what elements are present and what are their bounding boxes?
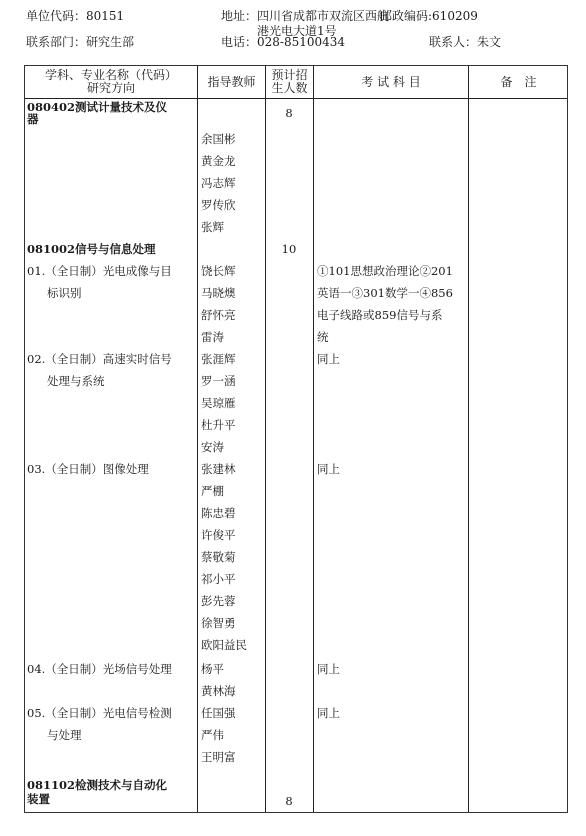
enrollment-table: 学科、专业名称（代码） 研究方向 指导教师 预计招 生人数 考 试 科 目 备 … [24, 65, 568, 813]
major-cell: 04.（全日制）光场信号处理 [27, 662, 172, 676]
quota-cell: 10 [265, 242, 313, 256]
major-cell: 081102检测技术与自动化 [27, 778, 167, 792]
column-header-exam: 考 试 科 目 [314, 66, 468, 98]
advisor-cell: 蔡敬菊 [201, 550, 236, 564]
advisor-cell: 王明富 [201, 750, 236, 764]
advisor-cell: 陈忠碧 [201, 506, 236, 520]
col-divider [313, 66, 314, 812]
quota-cell: 8 [265, 106, 313, 120]
postcode: 邮政编码:610209 [380, 9, 478, 23]
column-header-major: 学科、专业名称（代码） 研究方向 [25, 66, 197, 98]
advisor-cell: 祁小平 [201, 572, 236, 586]
advisor-cell: 马晓燠 [201, 286, 236, 300]
advisor-cell: 杨平 [201, 662, 224, 676]
exam-subjects-cell: 同上 [317, 706, 340, 720]
exam-subjects-cell: 同上 [317, 662, 340, 676]
advisor-cell: 张涯辉 [201, 352, 236, 366]
advisor-cell: 吴琼雁 [201, 396, 236, 410]
advisor-cell: 舒怀亮 [201, 308, 236, 322]
advisor-cell: 许俊平 [201, 528, 236, 542]
major-cell: 与处理 [47, 728, 82, 742]
advisor-cell: 黄金龙 [201, 154, 236, 168]
major-cell: 处理与系统 [47, 374, 105, 388]
major-cell: 02.（全日制）高速实时信号 [27, 352, 172, 366]
exam-subjects-cell: 英语一③301数学一④856 [317, 286, 453, 300]
major-cell: 标识别 [47, 286, 82, 300]
col-divider [197, 66, 198, 812]
exam-subjects-cell: 同上 [317, 352, 340, 366]
major-cell: 器 [27, 112, 39, 126]
column-header-remarks: 备 注 [469, 66, 568, 98]
phone: 电话：028-85100434 [221, 35, 345, 49]
column-header-advisor: 指导教师 [198, 66, 265, 98]
major-cell: 05.（全日制）光电信号检测 [27, 706, 172, 720]
contact-department: 联系部门：研究生部 [26, 35, 134, 49]
advisor-cell: 罗传欣 [201, 198, 236, 212]
advisor-cell: 罗一涵 [201, 374, 236, 388]
advisor-cell: 严伟 [201, 728, 224, 742]
col-divider [265, 66, 266, 812]
exam-subjects-cell: 电子线路或859信号与系 [317, 308, 442, 322]
col-divider [468, 66, 469, 812]
exam-subjects-cell: 统 [317, 330, 329, 344]
column-header-major-line2: 研究方向 [87, 82, 135, 95]
address-label: 地址： [221, 9, 257, 23]
advisor-cell: 彭先蓉 [201, 594, 236, 608]
advisor-cell: 雷涛 [201, 330, 224, 344]
exam-subjects-cell: 同上 [317, 462, 340, 476]
advisor-cell: 黄林海 [201, 684, 236, 698]
major-cell: 080402测试计量技术及仪 [27, 100, 167, 114]
advisor-cell: 严棚 [201, 484, 224, 498]
advisor-cell: 安涛 [201, 440, 224, 454]
column-header-quota: 预计招 生人数 [266, 66, 313, 98]
advisor-cell: 张建林 [201, 462, 236, 476]
advisor-cell: 冯志辉 [201, 176, 236, 190]
header-divider [25, 98, 567, 99]
advisor-cell: 欧阳益民 [201, 638, 247, 652]
major-cell: 01.（全日制）光电成像与目 [27, 264, 172, 278]
advisor-cell: 余国彬 [201, 132, 236, 146]
major-cell: 03.（全日制）图像处理 [27, 462, 149, 476]
advisor-cell: 杜升平 [201, 418, 236, 432]
major-cell: 装置 [27, 792, 50, 806]
exam-subjects-cell: ①101思想政治理论②201 [317, 264, 453, 278]
advisor-cell: 张辉 [201, 220, 224, 234]
quota-cell: 8 [265, 794, 313, 808]
advisor-cell: 徐智勇 [201, 616, 236, 630]
address-line1: 四川省成都市双流区西航 [257, 9, 389, 23]
advisor-cell: 饶长辉 [201, 264, 236, 278]
column-header-quota-line2: 生人数 [271, 82, 307, 95]
major-cell: 081002信号与信息处理 [27, 242, 156, 256]
contact-person: 联系人：朱文 [429, 35, 501, 49]
unit-code: 单位代码：80151 [26, 9, 124, 23]
advisor-cell: 任国强 [201, 706, 236, 720]
